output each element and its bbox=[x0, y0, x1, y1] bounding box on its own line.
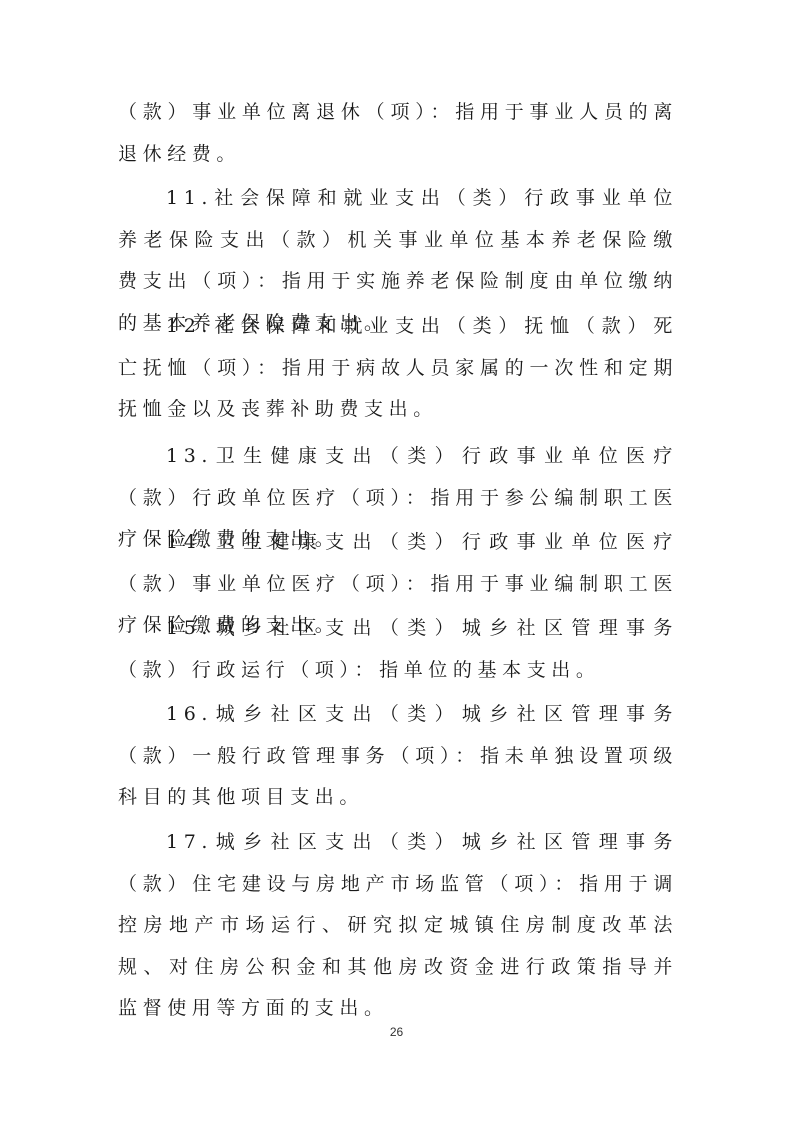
paragraph-item-16: 16.城乡社区支出（类）城乡社区管理事务（款）一般行政管理事务（项）：指未单独设… bbox=[118, 694, 678, 819]
paragraph-item-15: 15.城乡社区支出（类）城乡社区管理事务（款）行政运行（项）：指单位的基本支出。 bbox=[118, 608, 678, 691]
paragraph-continuation-retirement: （款）事业单位离退休（项）：指用于事业人员的离退休经费。 bbox=[118, 92, 678, 175]
page-number: 26 bbox=[0, 1025, 793, 1039]
paragraph-item-12: 12.社会保障和就业支出（类）抚恤（款）死亡抚恤（项）：指用于病故人员家属的一次… bbox=[118, 306, 678, 431]
document-page: （款）事业单位离退休（项）：指用于事业人员的离退休经费。 11.社会保障和就业支… bbox=[0, 0, 793, 1122]
paragraph-item-17: 17.城乡社区支出（类）城乡社区管理事务（款）住宅建设与房地产市场监管（项）：指… bbox=[118, 822, 678, 1030]
